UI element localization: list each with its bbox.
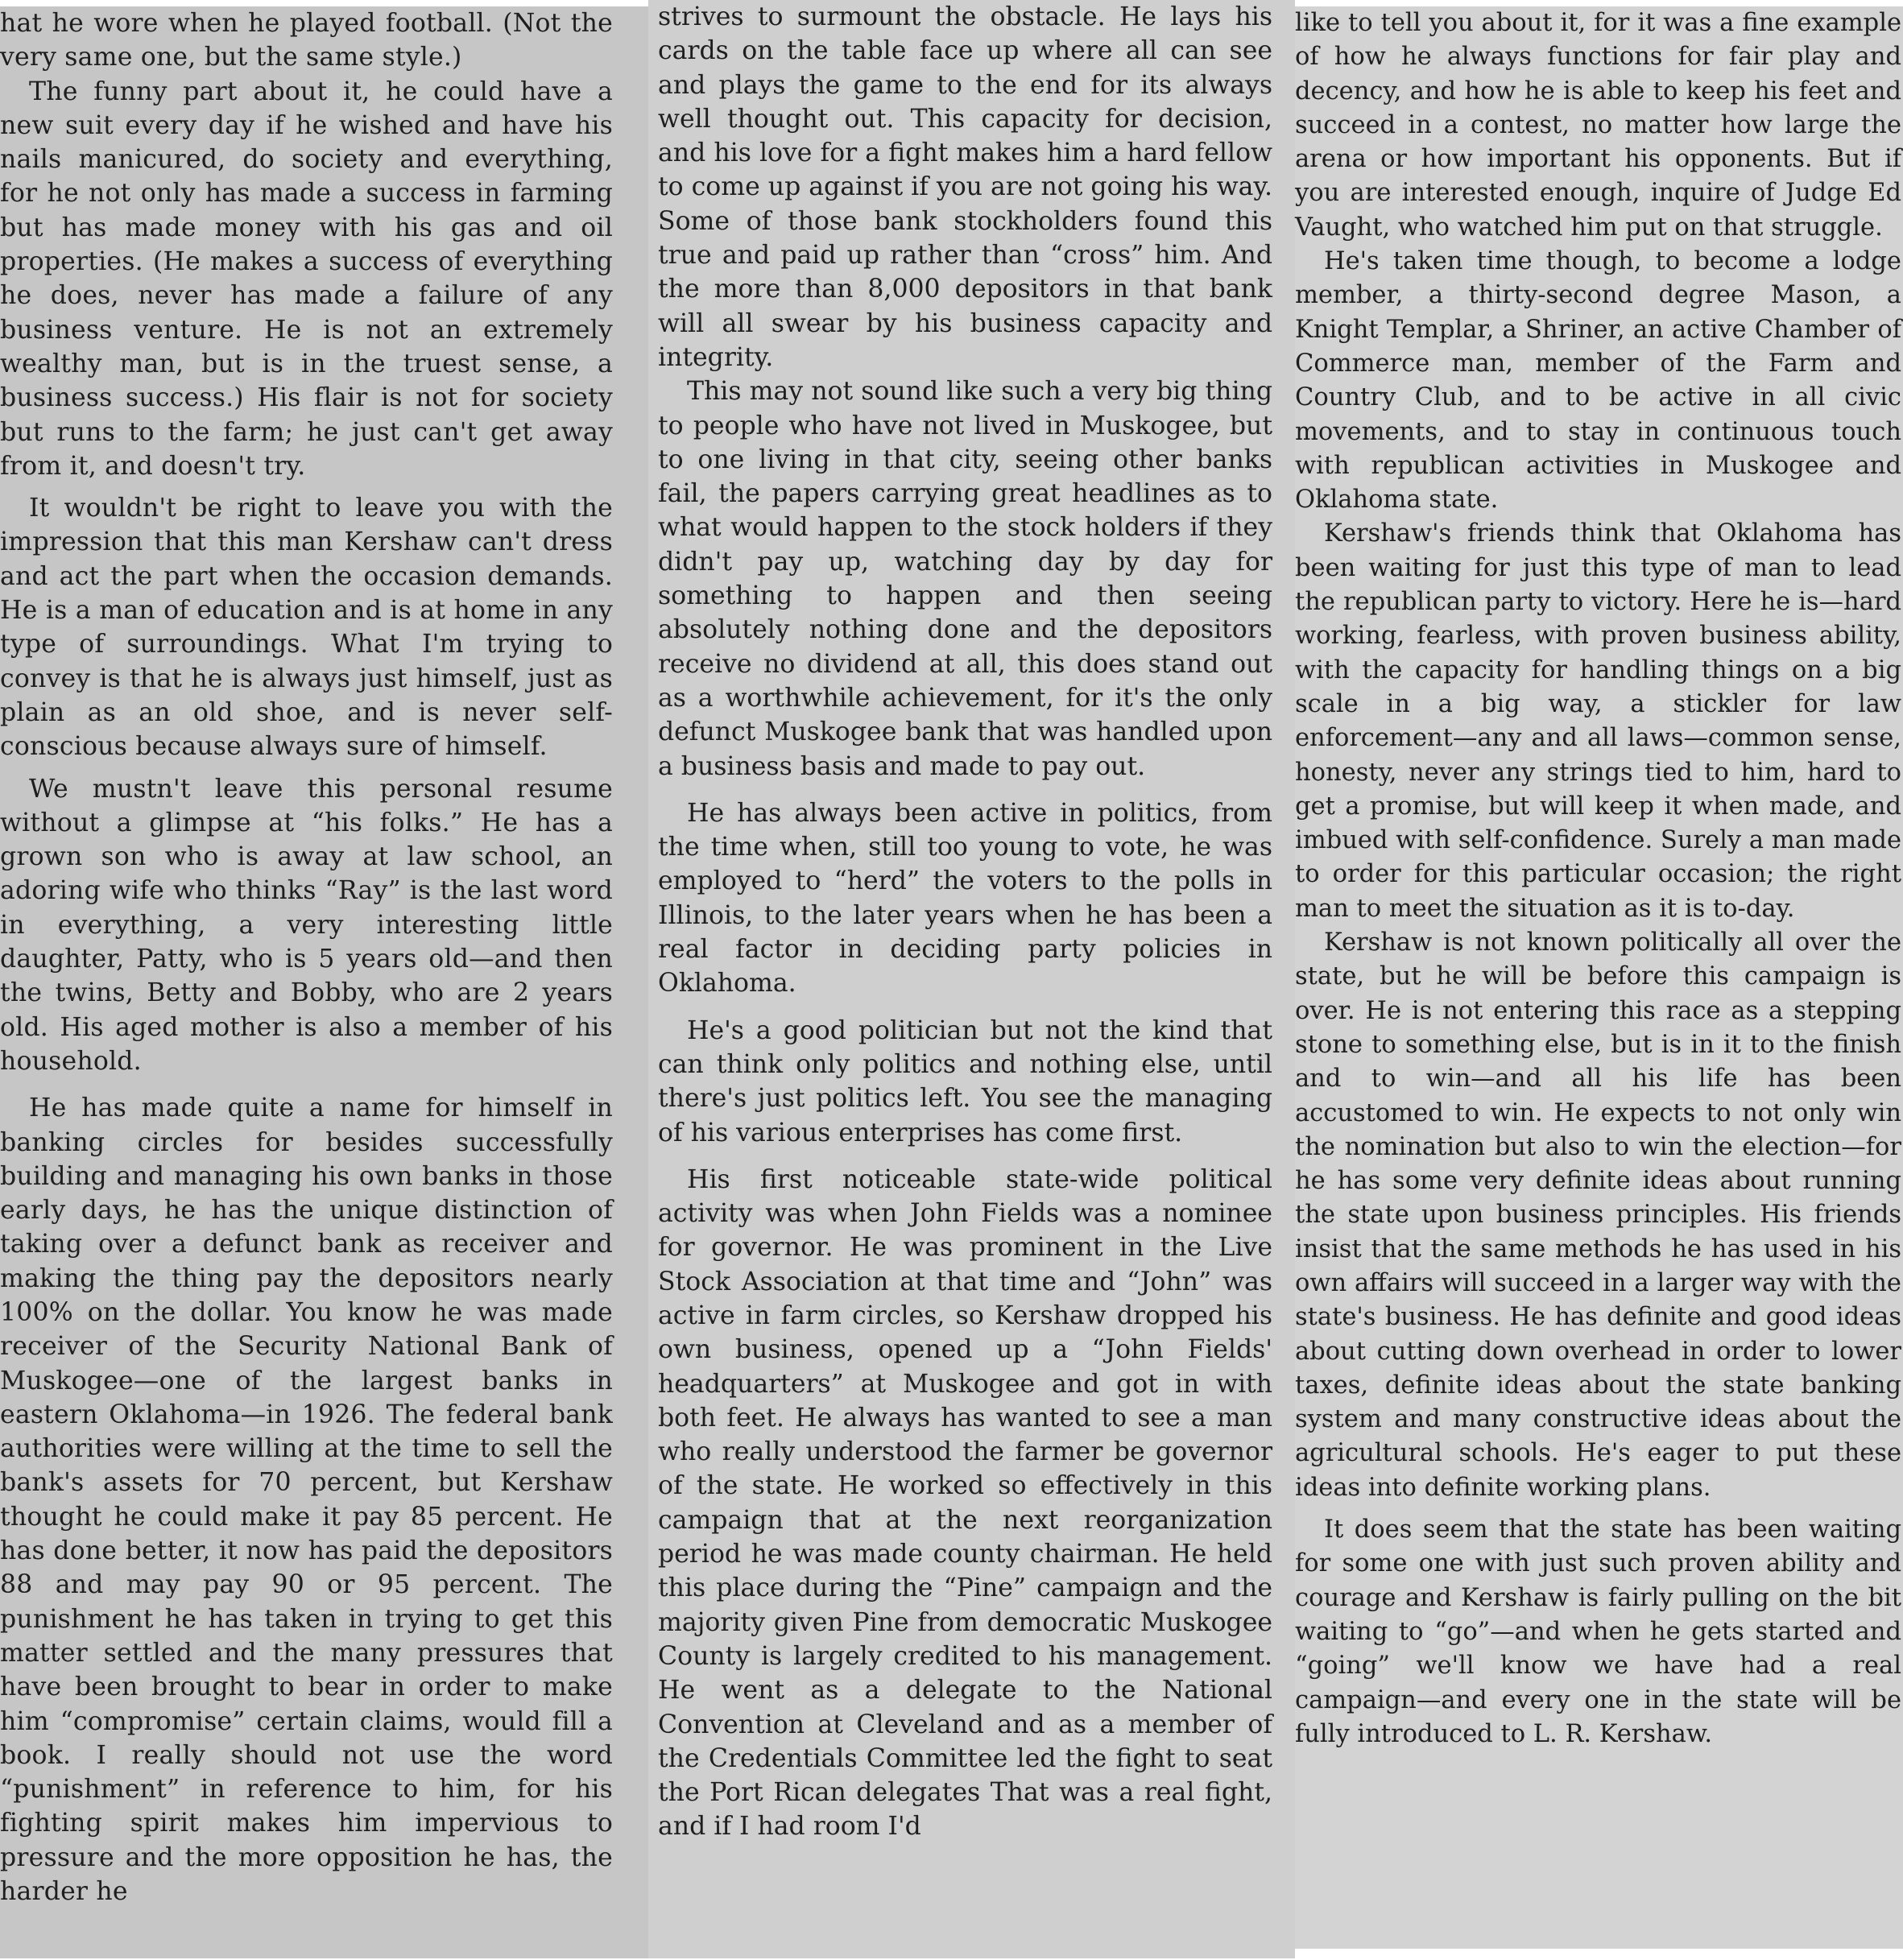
paragraph: Kershaw is not known politically all ove…: [1295, 926, 1901, 1505]
paragraph: It wouldn't be right to leave you with t…: [0, 491, 613, 763]
paragraph: It does seem that the state has been wai…: [1295, 1513, 1901, 1751]
paragraph: He's a good politician but not the kind …: [658, 1014, 1272, 1150]
column-2: strives to surmount the obstacle. He lay…: [648, 0, 1295, 1958]
paragraph: hat he wore when he played football. (No…: [0, 6, 613, 75]
paragraph: He's taken time though, to become a lodg…: [1295, 245, 1901, 517]
paragraph: like to tell you about it, for it was a …: [1295, 6, 1901, 245]
column-1: hat he wore when he played football. (No…: [0, 6, 648, 1958]
paragraph: Kershaw's friends think that Oklahoma ha…: [1295, 517, 1901, 926]
paragraph: We mustn't leave this personal resume wi…: [0, 772, 613, 1079]
column-3: like to tell you about it, for it was a …: [1295, 6, 1903, 1949]
paragraph: The funny part about it, he could have a…: [0, 75, 613, 484]
paragraph: His first noticeable state-wide politica…: [658, 1163, 1272, 1844]
paragraph: He has always been active in politics, f…: [658, 796, 1272, 1001]
paragraph: He has made quite a name for himself in …: [0, 1091, 613, 1908]
paragraph: strives to surmount the obstacle. He lay…: [658, 0, 1272, 374]
paragraph: This may not sound like such a very big …: [658, 374, 1272, 784]
